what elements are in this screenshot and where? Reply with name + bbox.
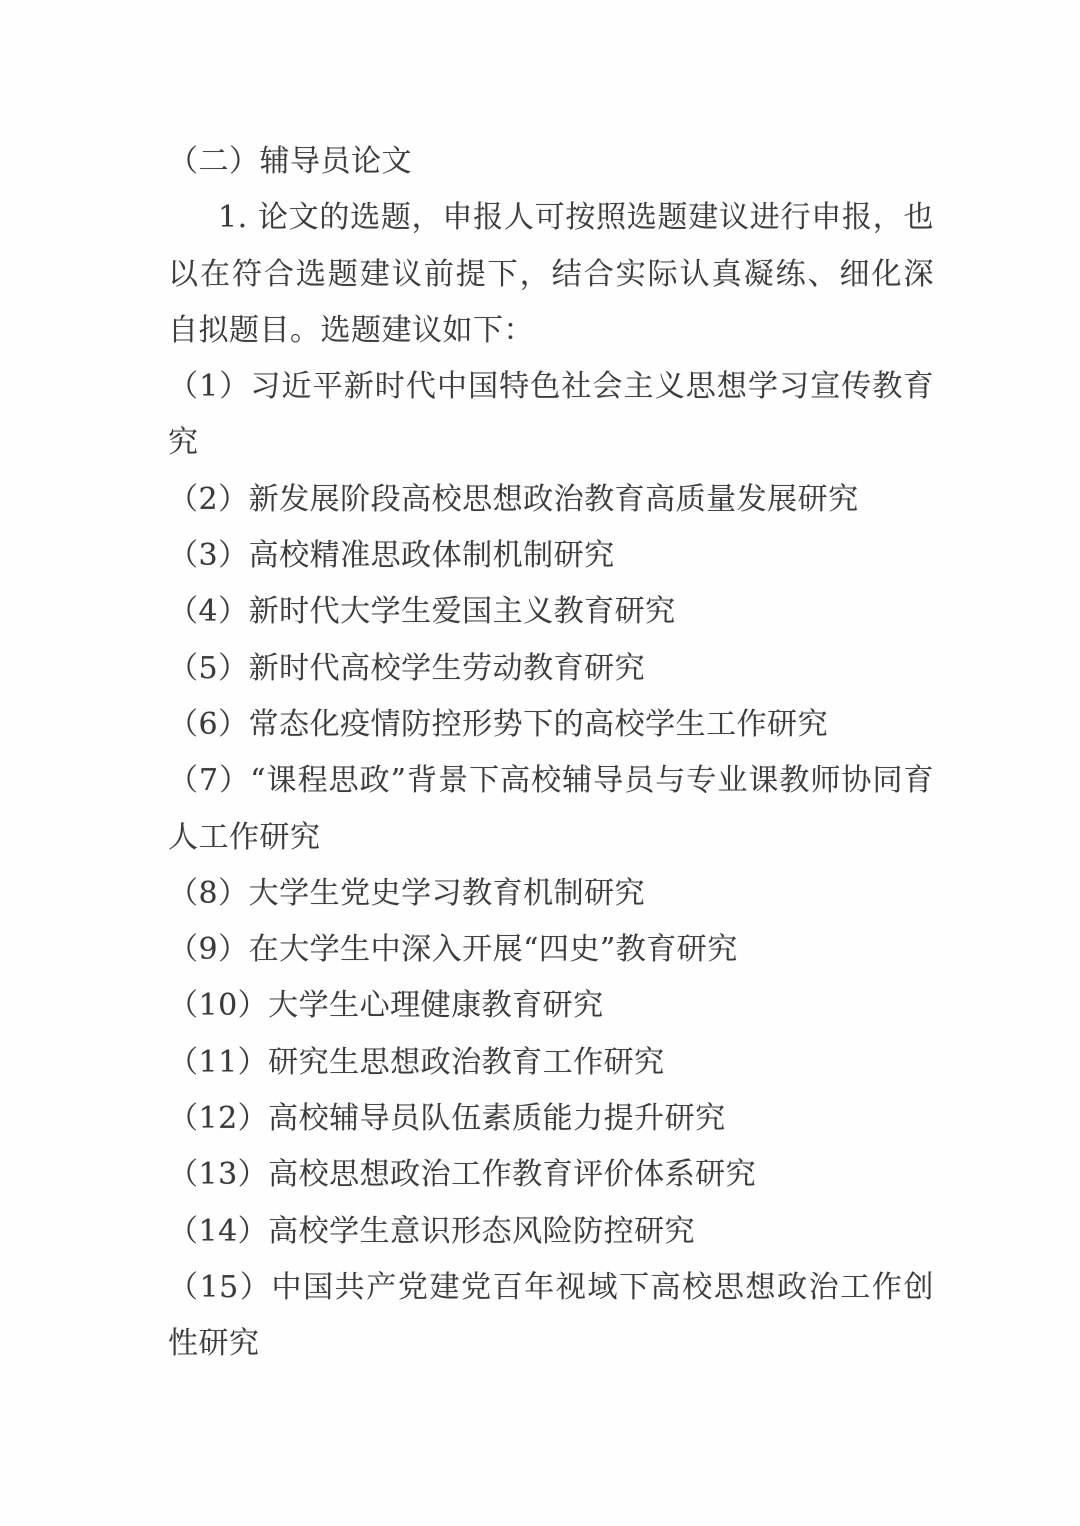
- topic-11: （11）研究生思想政治教育工作研究: [168, 1035, 934, 1091]
- topic-9: （9）在大学生中深入开展“四史”教育研究: [168, 922, 934, 978]
- topic-15-line-2: 性研究: [168, 1316, 934, 1372]
- topic-1-line-2: 究: [168, 415, 934, 471]
- topic-4: （4）新时代大学生爱国主义教育研究: [168, 584, 934, 640]
- topic-7-line-2: 人工作研究: [168, 810, 934, 866]
- topic-10: （10）大学生心理健康教育研究: [168, 978, 934, 1034]
- intro-paragraph-line-2: 以在符合选题建议前提下，结合实际认真凝练、细化深化、: [168, 247, 934, 303]
- topic-12: （12）高校辅导员队伍素质能力提升研究: [168, 1091, 934, 1147]
- topic-15-line-1: （15）中国共产党建党百年视域下高校思想政治工作创新: [168, 1260, 934, 1316]
- document-page: （二）辅导员论文 1. 论文的选题，申报人可按照选题建议进行申报，也可 以在符合…: [0, 0, 1080, 1526]
- intro-paragraph-line-3: 自拟题目。选题建议如下：: [168, 303, 934, 359]
- section-heading: （二）辅导员论文: [168, 134, 934, 190]
- topic-8: （8）大学生党史学习教育机制研究: [168, 866, 934, 922]
- topic-1-line-1: （1）习近平新时代中国特色社会主义思想学习宣传教育研: [168, 359, 934, 415]
- intro-paragraph-line-1: 1. 论文的选题，申报人可按照选题建议进行申报，也可: [168, 190, 934, 246]
- topic-13: （13）高校思想政治工作教育评价体系研究: [168, 1147, 934, 1203]
- topic-14: （14）高校学生意识形态风险防控研究: [168, 1204, 934, 1260]
- topic-3: （3）高校精准思政体制机制研究: [168, 528, 934, 584]
- topic-6: （6）常态化疫情防控形势下的高校学生工作研究: [168, 697, 934, 753]
- text-column: （二）辅导员论文 1. 论文的选题，申报人可按照选题建议进行申报，也可 以在符合…: [168, 134, 934, 1373]
- topic-7-line-1: （7）“课程思政”背景下高校辅导员与专业课教师协同育: [168, 753, 934, 809]
- topic-2: （2）新发展阶段高校思想政治教育高质量发展研究: [168, 472, 934, 528]
- topic-5: （5）新时代高校学生劳动教育研究: [168, 641, 934, 697]
